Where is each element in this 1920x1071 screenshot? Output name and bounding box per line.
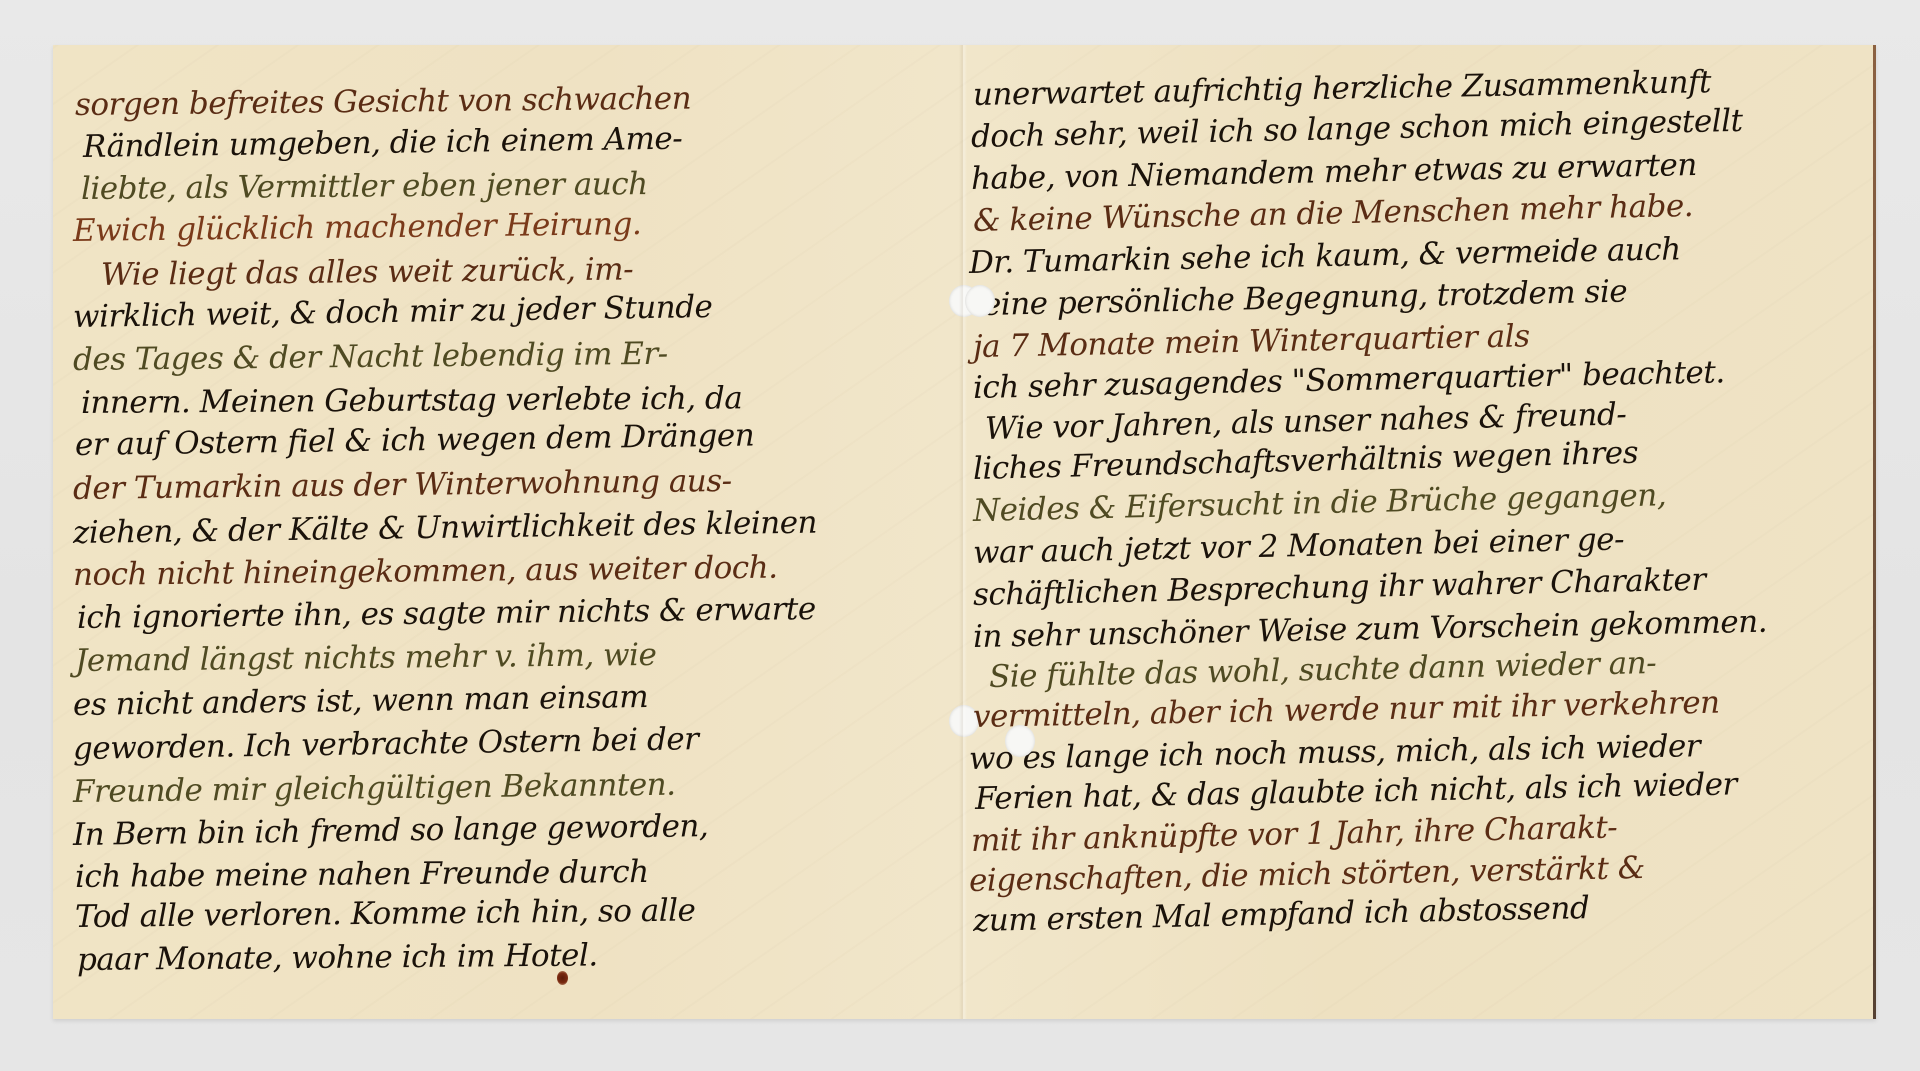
handwritten-line: ich habe meine nahen Freunde durch (75, 852, 649, 897)
handwritten-line: Freunde mir gleichgültigen Bekannten. (73, 765, 676, 812)
handwritten-line: noch nicht hineingekommen, aus weiter do… (73, 548, 778, 595)
handwritten-line: es nicht anders ist, wenn man einsam (73, 677, 649, 725)
handwritten-line: ich ignorierte ihn, es sagte mir nichts … (77, 589, 816, 638)
left-page: sorgen befreites Gesicht von schwachen R… (53, 45, 961, 1019)
handwritten-line: wirklich weit, & doch mir zu jeder Stund… (73, 287, 713, 337)
right-page: unerwartet aufrichtig herzliche Zusammen… (965, 45, 1876, 1019)
handwritten-line: Wie liegt das alles weit zurück, im- (101, 249, 633, 295)
handwritten-line: geworden. Ich verbrachte Ostern bei der (73, 719, 699, 769)
ink-stain (557, 971, 568, 985)
punch-hole-left (965, 285, 995, 317)
document-viewer: sorgen befreites Gesicht von schwachen R… (0, 0, 1920, 1071)
handwritten-line: sorgen befreites Gesicht von schwachen (75, 79, 692, 125)
handwritten-line: des Tages & der Nacht lebendig im Er- (73, 334, 668, 380)
handwritten-line: liebte, als Vermittler eben jener auch (81, 164, 648, 209)
handwritten-line: Jemand längst nichts mehr v. ihm, wie (75, 635, 657, 681)
handwritten-line: Ewich glücklich machender Heirung. (73, 204, 642, 251)
handwritten-line: In Bern bin ich fremd so lange geworden, (73, 806, 709, 855)
handwritten-line: der Tumarkin aus der Winterwohnung aus- (73, 461, 732, 509)
handwritten-line: er auf Ostern fiel & ich wegen dem Dräng… (75, 416, 755, 465)
handwritten-line: ziehen, & der Kälte & Unwirtlichkeit des… (73, 503, 818, 553)
handwritten-line: Rändlein umgeben, die ich einem Ame- (83, 119, 683, 167)
letter-sheet: sorgen befreites Gesicht von schwachen R… (53, 45, 1876, 1019)
punch-hole-right (1005, 725, 1035, 757)
